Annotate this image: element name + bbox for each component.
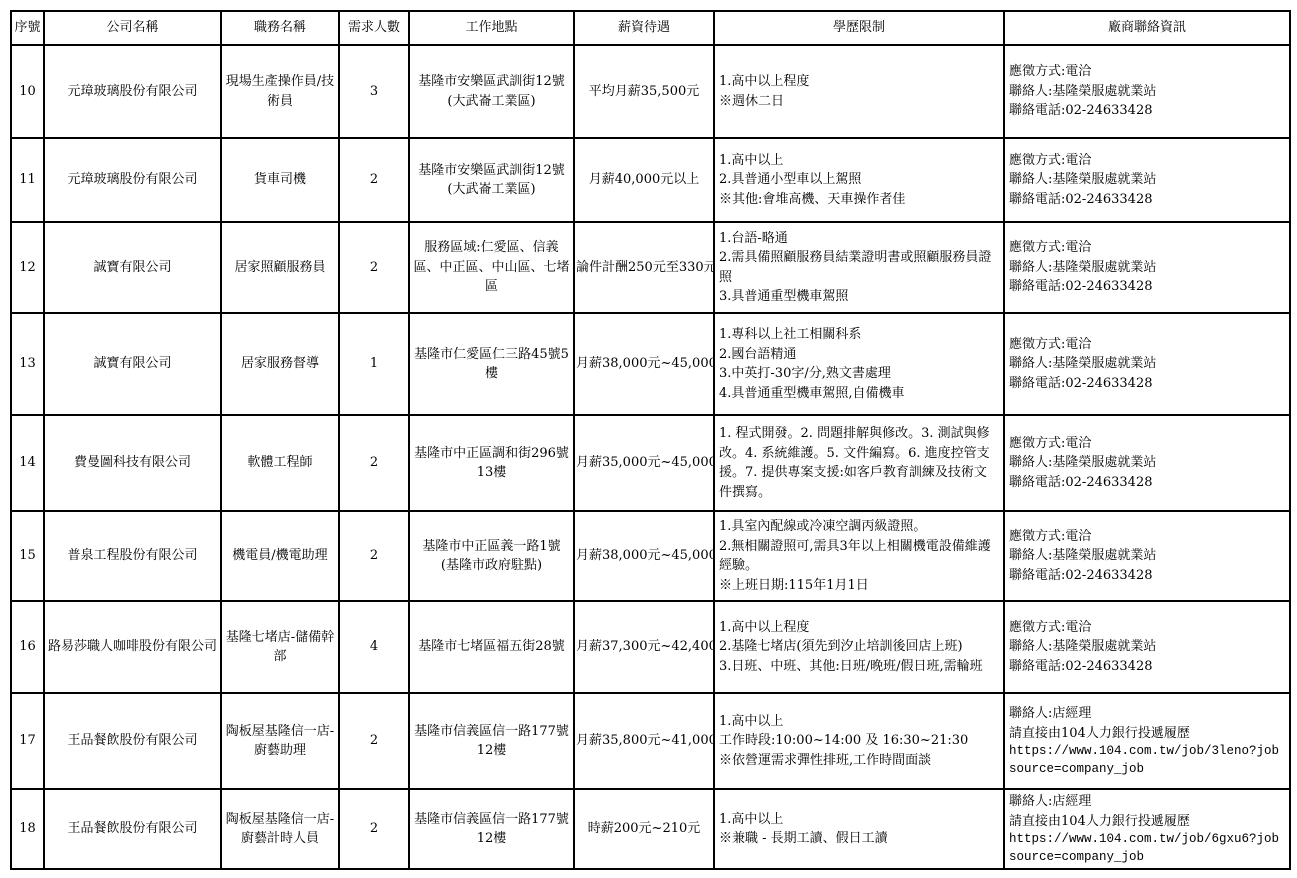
cell-headcount: 2 <box>339 138 409 222</box>
cell-salary: 月薪37,300元~42,400元 <box>574 601 714 693</box>
cell-company: 普泉工程股份有限公司 <box>44 511 221 601</box>
cell-no: 12 <box>11 222 44 313</box>
cell-title: 機電員/機電助理 <box>221 511 339 601</box>
cell-no: 15 <box>11 511 44 601</box>
cell-headcount: 2 <box>339 693 409 789</box>
cell-salary: 論件計酬250元至330元 <box>574 222 714 313</box>
cell-contact: 應徵方式:電洽 聯絡人:基隆榮服處就業站 聯絡電話:02-24633428 <box>1004 222 1290 313</box>
header-requirements: 學歷限制 <box>714 11 1004 45</box>
contact-lines: 應徵方式:電洽 聯絡人:基隆榮服處就業站 聯絡電話:02-24633428 <box>1009 238 1285 297</box>
cell-company: 元璋玻璃股份有限公司 <box>44 45 221 138</box>
cell-contact: 應徵方式:電洽 聯絡人:基隆榮服處就業站 聯絡電話:02-24633428 <box>1004 313 1290 415</box>
cell-title: 軟體工程師 <box>221 415 339 511</box>
cell-salary: 時薪200元~210元 <box>574 789 714 869</box>
cell-location: 基隆市中正區調和街296號13樓 <box>409 415 574 511</box>
cell-location: 服務區域:仁愛區、信義區、中正區、中山區、七堵區 <box>409 222 574 313</box>
header-company: 公司名稱 <box>44 11 221 45</box>
job-listing-page: 序號 公司名稱 職務名稱 需求人數 工作地點 薪資待遇 學歷限制 廠商聯絡資訊 … <box>0 0 1297 878</box>
table-row: 17 王品餐飲股份有限公司 陶板屋基隆信一店-廚藝助理 2 基隆市信義區信一路1… <box>11 693 1290 789</box>
table-row: 10 元璋玻璃股份有限公司 現場生產操作員/技術員 3 基隆市安樂區武訓街12號… <box>11 45 1290 138</box>
header-headcount: 需求人數 <box>339 11 409 45</box>
table-row: 14 費曼圖科技有限公司 軟體工程師 2 基隆市中正區調和街296號13樓 月薪… <box>11 415 1290 511</box>
contact-lines: 聯絡人:店經理 請直接由104人力銀行投遞履歷 <box>1009 792 1285 831</box>
cell-no: 11 <box>11 138 44 222</box>
cell-headcount: 2 <box>339 789 409 869</box>
cell-no: 17 <box>11 693 44 789</box>
cell-contact: 應徵方式:電洽 聯絡人:基隆榮服處就業站 聯絡電話:02-24633428 <box>1004 45 1290 138</box>
cell-location: 基隆市仁愛區仁三路45號5樓 <box>409 313 574 415</box>
table-row: 13 誠寶有限公司 居家服務督導 1 基隆市仁愛區仁三路45號5樓 月薪38,0… <box>11 313 1290 415</box>
contact-url: https://www.104.com.tw/job/3leno?jobsour… <box>1009 743 1285 778</box>
cell-company: 誠寶有限公司 <box>44 313 221 415</box>
cell-requirements: 1.高中以上 工作時段:10:00~14:00 及 16:30~21:30 ※依… <box>714 693 1004 789</box>
cell-company: 費曼圖科技有限公司 <box>44 415 221 511</box>
table-row: 16 路易莎職人咖啡股份有限公司 基隆七堵店-儲備幹部 4 基隆市七堵區福五街2… <box>11 601 1290 693</box>
cell-title: 居家照顧服務員 <box>221 222 339 313</box>
table-row: 11 元璋玻璃股份有限公司 貨車司機 2 基隆市安樂區武訓街12號 (大武崙工業… <box>11 138 1290 222</box>
cell-title: 現場生產操作員/技術員 <box>221 45 339 138</box>
contact-lines: 聯絡人:店經理 請直接由104人力銀行投遞履歷 <box>1009 704 1285 743</box>
cell-requirements: 1.高中以上 2.具普通小型車以上駕照 ※其他:會堆高機、天車操作者佳 <box>714 138 1004 222</box>
table-row: 12 誠寶有限公司 居家照顧服務員 2 服務區域:仁愛區、信義區、中正區、中山區… <box>11 222 1290 313</box>
cell-no: 10 <box>11 45 44 138</box>
cell-location: 基隆市七堵區福五街28號 <box>409 601 574 693</box>
cell-company: 元璋玻璃股份有限公司 <box>44 138 221 222</box>
cell-title: 居家服務督導 <box>221 313 339 415</box>
cell-contact: 應徵方式:電洽 聯絡人:基隆榮服處就業站 聯絡電話:02-24633428 <box>1004 415 1290 511</box>
cell-title: 陶板屋基隆信一店-廚藝計時人員 <box>221 789 339 869</box>
cell-company: 誠寶有限公司 <box>44 222 221 313</box>
cell-salary: 月薪38,000元~45,000元 <box>574 313 714 415</box>
cell-no: 18 <box>11 789 44 869</box>
cell-no: 13 <box>11 313 44 415</box>
cell-contact: 應徵方式:電洽 聯絡人:基隆榮服處就業站 聯絡電話:02-24633428 <box>1004 511 1290 601</box>
cell-no: 14 <box>11 415 44 511</box>
cell-salary: 月薪38,000元~45,000元 <box>574 511 714 601</box>
cell-title: 基隆七堵店-儲備幹部 <box>221 601 339 693</box>
cell-salary: 月薪40,000元以上 <box>574 138 714 222</box>
cell-location: 基隆市中正區義一路1號 (基隆市政府駐點) <box>409 511 574 601</box>
cell-headcount: 2 <box>339 222 409 313</box>
cell-company: 路易莎職人咖啡股份有限公司 <box>44 601 221 693</box>
cell-salary: 月薪35,800元~41,000元 <box>574 693 714 789</box>
cell-title: 陶板屋基隆信一店-廚藝助理 <box>221 693 339 789</box>
cell-requirements: 1.高中以上程度 ※週休二日 <box>714 45 1004 138</box>
header-location: 工作地點 <box>409 11 574 45</box>
cell-requirements: 1. 程式開發。2. 問題排解與修改。3. 測試與修改。4. 系統維護。5. 文… <box>714 415 1004 511</box>
header-row: 序號 公司名稱 職務名稱 需求人數 工作地點 薪資待遇 學歷限制 廠商聯絡資訊 <box>11 11 1290 45</box>
cell-requirements: 1.高中以上 ※兼職 - 長期工讀、假日工讀 <box>714 789 1004 869</box>
cell-headcount: 1 <box>339 313 409 415</box>
contact-url: https://www.104.com.tw/job/6gxu6?jobsour… <box>1009 831 1285 866</box>
cell-headcount: 4 <box>339 601 409 693</box>
cell-requirements: 1.台語-略通 2.需具備照顧服務員結業證明書或照顧服務員證照 3.具普通重型機… <box>714 222 1004 313</box>
contact-lines: 應徵方式:電洽 聯絡人:基隆榮服處就業站 聯絡電話:02-24633428 <box>1009 335 1285 394</box>
contact-lines: 應徵方式:電洽 聯絡人:基隆榮服處就業站 聯絡電話:02-24633428 <box>1009 527 1285 586</box>
cell-company: 王品餐飲股份有限公司 <box>44 789 221 869</box>
cell-headcount: 2 <box>339 511 409 601</box>
cell-requirements: 1.專科以上社工相關科系 2.國台語精通 3.中英打-30字/分,熟文書處理 4… <box>714 313 1004 415</box>
contact-lines: 應徵方式:電洽 聯絡人:基隆榮服處就業站 聯絡電話:02-24633428 <box>1009 434 1285 493</box>
table-row: 15 普泉工程股份有限公司 機電員/機電助理 2 基隆市中正區義一路1號 (基隆… <box>11 511 1290 601</box>
header-title: 職務名稱 <box>221 11 339 45</box>
header-contact: 廠商聯絡資訊 <box>1004 11 1290 45</box>
cell-headcount: 3 <box>339 45 409 138</box>
contact-lines: 應徵方式:電洽 聯絡人:基隆榮服處就業站 聯絡電話:02-24633428 <box>1009 618 1285 677</box>
cell-no: 16 <box>11 601 44 693</box>
cell-salary: 平均月薪35,500元 <box>574 45 714 138</box>
cell-contact: 聯絡人:店經理 請直接由104人力銀行投遞履歷 https://www.104.… <box>1004 693 1290 789</box>
job-table: 序號 公司名稱 職務名稱 需求人數 工作地點 薪資待遇 學歷限制 廠商聯絡資訊 … <box>10 10 1291 870</box>
cell-location: 基隆市信義區信一路177號12樓 <box>409 789 574 869</box>
cell-location: 基隆市安樂區武訓街12號 (大武崙工業區) <box>409 138 574 222</box>
cell-headcount: 2 <box>339 415 409 511</box>
cell-title: 貨車司機 <box>221 138 339 222</box>
table-row: 18 王品餐飲股份有限公司 陶板屋基隆信一店-廚藝計時人員 2 基隆市信義區信一… <box>11 789 1290 869</box>
contact-lines: 應徵方式:電洽 聯絡人:基隆榮服處就業站 聯絡電話:02-24633428 <box>1009 62 1285 121</box>
cell-contact: 應徵方式:電洽 聯絡人:基隆榮服處就業站 聯絡電話:02-24633428 <box>1004 601 1290 693</box>
header-no: 序號 <box>11 11 44 45</box>
cell-company: 王品餐飲股份有限公司 <box>44 693 221 789</box>
cell-contact: 應徵方式:電洽 聯絡人:基隆榮服處就業站 聯絡電話:02-24633428 <box>1004 138 1290 222</box>
header-salary: 薪資待遇 <box>574 11 714 45</box>
cell-contact: 聯絡人:店經理 請直接由104人力銀行投遞履歷 https://www.104.… <box>1004 789 1290 869</box>
cell-salary: 月薪35,000元~45,000元 <box>574 415 714 511</box>
cell-requirements: 1.具室內配線或冷凍空調丙級證照。 2.無相關證照可,需具3年以上相關機電設備維… <box>714 511 1004 601</box>
cell-location: 基隆市信義區信一路177號12樓 <box>409 693 574 789</box>
cell-requirements: 1.高中以上程度 2.基隆七堵店(須先到汐止培訓後回店上班) 3.日班、中班、其… <box>714 601 1004 693</box>
cell-location: 基隆市安樂區武訓街12號 (大武崙工業區) <box>409 45 574 138</box>
contact-lines: 應徵方式:電洽 聯絡人:基隆榮服處就業站 聯絡電話:02-24633428 <box>1009 151 1285 210</box>
